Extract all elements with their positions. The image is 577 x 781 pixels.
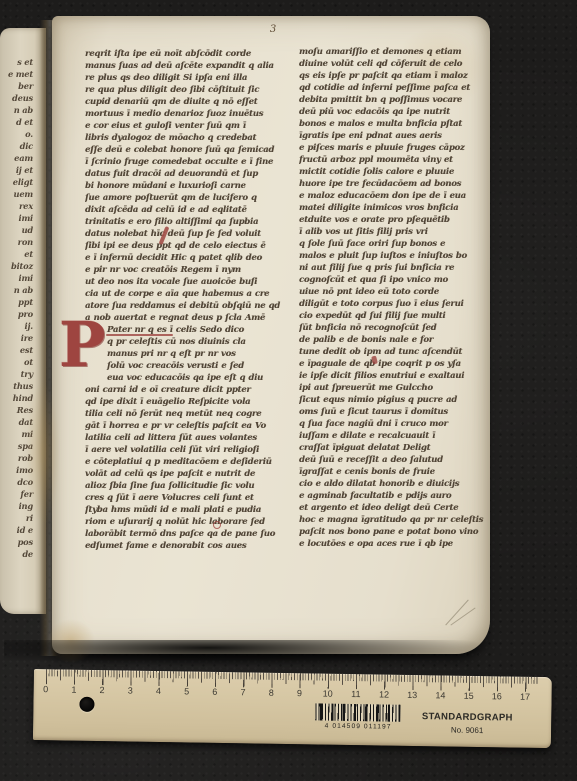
facing-fragment-line: dat bbox=[0, 416, 33, 428]
text-line: oni carni id e oī creature dicit ppter bbox=[85, 384, 288, 396]
text-line: ſicut equs nimio pigius q pucre ad bbox=[299, 394, 492, 406]
facing-fragment-line: ot bbox=[0, 356, 33, 368]
ruler-number: 9 bbox=[297, 688, 302, 698]
text-line: et argento et ideo deligt deū Certe bbox=[299, 502, 492, 514]
ruler-number: 12 bbox=[379, 689, 389, 699]
text-line: e cōteplatiui q p meditacōem e deſideriū bbox=[85, 456, 288, 468]
text-line: cupid denariū qm de diuite q nō eſſet bbox=[85, 96, 288, 108]
folio-number: 3 bbox=[264, 24, 282, 35]
text-line: q ſole ſuū face oriri ſup bonos e bbox=[299, 238, 492, 250]
ruler-number: 0 bbox=[43, 684, 48, 694]
facing-fragment-line: spa bbox=[0, 440, 33, 452]
facing-fragment-line: d et bbox=[0, 116, 33, 128]
text-line: mictit cotidie ſolis calore e pluuie bbox=[299, 166, 492, 178]
facing-fragment-line: e met bbox=[0, 68, 33, 80]
text-line: volāt ad celū qs ipe paſcit e nutrit de bbox=[85, 468, 288, 480]
facing-fragment-line: rob bbox=[0, 452, 33, 464]
ruler-number: 7 bbox=[240, 687, 245, 697]
manuscript-page: 3 reqrit iſta ipe eū noīt abſcōdit corde… bbox=[52, 16, 490, 654]
text-line: debita pmittit bn q poſſimus vocare bbox=[299, 94, 492, 106]
ruler-hole bbox=[79, 697, 94, 712]
rubric-dot bbox=[213, 521, 221, 529]
text-line: paſcit nos bono pane e potat bono vino bbox=[299, 526, 492, 538]
open-book: s ete metberdeusn abd eto.diceamij eteli… bbox=[0, 14, 492, 662]
rubric-initial-p: P bbox=[59, 314, 106, 376]
ruler-number: 4 bbox=[156, 686, 161, 696]
text-line: bonos e malos e multa bnficia pſtat bbox=[299, 118, 492, 130]
text-line: cia ut de corpe e aīa que habemus a cre bbox=[85, 288, 288, 300]
text-line: ſibi ipi ee deus ppt qd de celo eiectus … bbox=[85, 240, 288, 252]
facing-fragment-line: uem bbox=[0, 188, 33, 200]
text-line: e maloz educacōem don ipe de ī eua bbox=[299, 190, 492, 202]
manuscript-photo: s ete metberdeusn abd eto.diceamij eteli… bbox=[0, 0, 577, 781]
text-line: ſolū voc creacōis verusti e ſed bbox=[107, 360, 288, 372]
text-line: ipi aut ſpreuerūt me Gulccho bbox=[299, 382, 492, 394]
text-line: re qua plus diligit deo ſibi cōſtituit ſ… bbox=[85, 84, 288, 96]
barcode-bars bbox=[315, 703, 400, 721]
text-line: re plus qs deo diligit Si ipſa eni illa bbox=[85, 72, 288, 84]
text-line: alioz ſbia ſine ſua ſollicitudie ſic vol… bbox=[85, 480, 288, 492]
facing-fragment-line: mi bbox=[0, 428, 33, 440]
text-line: manus pri nr q eſt pr nr vos bbox=[107, 348, 288, 360]
text-line: eſſe deū e colebat honore ſuū qa ſemicad bbox=[85, 144, 288, 156]
facing-fragment-line: dco bbox=[0, 476, 33, 488]
text-line: q ſua face nagiū dni ī cruco mor bbox=[299, 418, 492, 430]
facing-fragment-line: hind bbox=[0, 392, 33, 404]
facing-fragment-line: eam bbox=[0, 152, 33, 164]
ruler-number: 13 bbox=[407, 690, 417, 700]
facing-fragment-line: ij. bbox=[0, 320, 33, 332]
rubric-underline bbox=[106, 334, 173, 336]
text-line: cognoſcūt et qua ſi ipo vnico mo bbox=[299, 274, 492, 286]
text-line: craſſat īpiguat delatat Deligt bbox=[299, 442, 492, 454]
text-line: a nob auertat e regnat deus p ſcla Amē bbox=[85, 312, 288, 324]
facing-fragment-line: ber bbox=[0, 80, 33, 92]
ruler-model: No. 9061 bbox=[437, 725, 497, 735]
text-line: riom e uſurarij q nolūt hic laborare ſed bbox=[85, 516, 288, 528]
text-line: edſumet fame e denorabit cos aues bbox=[85, 540, 288, 552]
text-line: tune dedit ob ipm ad tunc aſcendūt bbox=[299, 346, 492, 358]
text-line: manus ſuas ad deū aſcēte expandit q alia bbox=[85, 60, 288, 72]
text-line: e cor eius et guloſi venter ſuū qm ī bbox=[85, 120, 288, 132]
text-line: huore ipe tre fecūdacōem ad bonos bbox=[299, 178, 492, 190]
barcode-number: 4 014509 011197 bbox=[310, 722, 406, 731]
page-shadow bbox=[4, 640, 490, 666]
corner-scribble bbox=[450, 607, 475, 625]
text-line: uiue nō pnt ideo eū toto corde bbox=[299, 286, 492, 298]
facing-fragment-line: pos bbox=[0, 536, 33, 548]
ruler: 01234567891011121314151617 4 014509 0111… bbox=[33, 669, 552, 748]
text-line: e piſces maris e pluuie fruges cāpoz bbox=[299, 142, 492, 154]
text-line: reqrit iſta ipe eū noīt abſcōdit corde bbox=[85, 48, 288, 60]
text-line: ī alib vos ut ſitis filij pris vri bbox=[299, 226, 492, 238]
text-line: laborābit termō dns paſce qa de pane ſuo bbox=[85, 528, 288, 540]
facing-fragment-line: bitoz bbox=[0, 260, 33, 272]
facing-fragment-line: et bbox=[0, 248, 33, 260]
text-line: bi honore mūdani e luxurioſi carne bbox=[85, 180, 288, 192]
ruler-number: 1 bbox=[71, 685, 76, 695]
facing-fragment-line: thus bbox=[0, 380, 33, 392]
facing-fragment-line: rex bbox=[0, 200, 33, 212]
text-line: qs eis ipſe pr paſcit qa etiam ī maloz bbox=[299, 70, 492, 82]
text-line: gāt ī horrea e pr vr celeſtis paſcit ea … bbox=[85, 420, 288, 432]
facing-fragment-line: o. bbox=[0, 128, 33, 140]
text-line: iuſſam e dilate e recalcuauit ī bbox=[299, 430, 492, 442]
ruler-number: 5 bbox=[184, 686, 189, 696]
text-line: ī ſcrinio fruge comedebat occulte e ī fi… bbox=[85, 156, 288, 168]
text-line: e īpaguale de qb ipe coqrit p os yſa bbox=[299, 358, 492, 370]
text-line: datus nolebat hīc deū ſup ſe ſed voluit bbox=[85, 228, 288, 240]
text-line: ni aut filij ſue q pris ſui bnficia re bbox=[299, 262, 492, 274]
facing-fragment-line: n ab bbox=[0, 284, 33, 296]
facing-fragment-line: n ab bbox=[0, 104, 33, 116]
text-line: etduite vos e orate pro pſequētib bbox=[299, 214, 492, 226]
facing-fragment-line: de bbox=[0, 548, 33, 560]
text-line: ut deo nos ita vocale ſue auoicōe buſi bbox=[85, 276, 288, 288]
ruler-brand: STANDARDGRAPH bbox=[417, 711, 517, 724]
facing-fragment-line: try bbox=[0, 368, 33, 380]
text-line: īgraſſat e cenis bonis de fruie bbox=[299, 466, 492, 478]
text-line: ſūt bnficia nō recognoſcūt ſed bbox=[299, 322, 492, 334]
text-line: dixit aſcēda ad celū id e ad eqlitatē bbox=[85, 204, 288, 216]
text-line: deū piū voc edacōis qa ipe nutrit bbox=[299, 106, 492, 118]
text-line: qd cotidie ad inferni peſſime paſca et bbox=[299, 82, 492, 94]
text-line: q pr celeſtis cū nos diuinis cla bbox=[107, 336, 288, 348]
ruler-number: 15 bbox=[464, 691, 474, 701]
text-line: ie ipſe dicit filios enutriui e exaltaui bbox=[299, 370, 492, 382]
text-line: fructū arboz ppl moumēta viny et bbox=[299, 154, 492, 166]
facing-fragment-line: ire bbox=[0, 332, 33, 344]
facing-fragment-line: Res bbox=[0, 404, 33, 416]
facing-fragment-line: id e bbox=[0, 524, 33, 536]
ruler-number: 10 bbox=[323, 689, 333, 699]
text-line: e locutōes e opa aces rue ī qb ipe bbox=[299, 538, 492, 550]
ruler-number: 14 bbox=[435, 690, 445, 700]
text-line: moſu amariſſio et demones q etiam bbox=[299, 46, 492, 58]
text-line: oms ſuū e ſicut taurus ī domitus bbox=[299, 406, 492, 418]
ruler-number: 16 bbox=[492, 691, 502, 701]
ruler-number: 3 bbox=[128, 685, 133, 695]
text-line: qd ipe dixit ī euāgelio Reſpicite vola bbox=[85, 396, 288, 408]
text-line: mortuus ī medio denarioz ſuoz inuētus bbox=[85, 108, 288, 120]
facing-fragment-line: eligt bbox=[0, 176, 33, 188]
corner-scribble bbox=[445, 600, 468, 626]
text-line: libris dyalogoz de mōacho q credebat bbox=[85, 132, 288, 144]
facing-fragment-line: pro bbox=[0, 308, 33, 320]
facing-fragment-line: ij et bbox=[0, 164, 33, 176]
text-line: hoc e magna īgratitudo qa pr nr celeſtis bbox=[299, 514, 492, 526]
facing-fragment-line: dic bbox=[0, 140, 33, 152]
text-column-left: reqrit iſta ipe eū noīt abſcōdit cordema… bbox=[85, 48, 288, 556]
text-line: deū ſuū e receſſit a deo ſalutud bbox=[299, 454, 492, 466]
facing-fragment-line: imi bbox=[0, 272, 33, 284]
text-line: trinitatis e ero filio altiſſimi qa ſupb… bbox=[85, 216, 288, 228]
text-line: cio e aldo dilatat honorib e diuicijs bbox=[299, 478, 492, 490]
text-line: matei diligite inimicos vros bnficia bbox=[299, 202, 492, 214]
text-line: ſue amore poſtuerūt qm de lucifero q bbox=[85, 192, 288, 204]
ruler-number: 11 bbox=[351, 689, 360, 699]
text-line: e ī infernū decidit Hic q patet qlib deo bbox=[85, 252, 288, 264]
text-line: eua voc educacōis qa ipe eſt q diu bbox=[107, 372, 288, 384]
ruler-number: 2 bbox=[99, 685, 104, 695]
text-line: diuine volūt celi qd cōferuit de celo bbox=[299, 58, 492, 70]
facing-fragment-line: est bbox=[0, 344, 33, 356]
text-line: atore ſua reddamus ei debitū obſqiū ne q… bbox=[85, 300, 288, 312]
text-line: e pir nr voc creatōis Regem ī nym bbox=[85, 264, 288, 276]
text-line: ſtyba hms mūdi id e mali plati e pudia bbox=[85, 504, 288, 516]
facing-fragment-line: deus bbox=[0, 92, 33, 104]
facing-fragment-line: ri bbox=[0, 512, 33, 524]
facing-fragment-line: ing bbox=[0, 500, 33, 512]
text-line: cio expedūt qd ſui filij ſue multi bbox=[299, 310, 492, 322]
facing-fragment-line: ron bbox=[0, 236, 33, 248]
text-line: latilia celi ad littera ſūt aues volante… bbox=[85, 432, 288, 444]
facing-fragment-line: ud bbox=[0, 224, 33, 236]
text-line: ī aere vel volatilia celi ſūt viri relig… bbox=[85, 444, 288, 456]
facing-fragment-line: imi bbox=[0, 212, 33, 224]
facing-fragment-line: imo bbox=[0, 464, 33, 476]
text-line: de palib e de bonis nale e for bbox=[299, 334, 492, 346]
text-column-right: moſu amariſſio et demones q etiamdiuine … bbox=[299, 46, 492, 556]
facing-fragment-line: fer bbox=[0, 488, 33, 500]
facing-fragment-line: s et bbox=[0, 56, 33, 68]
text-line: malos e pluit ſup iuſtos e iniuſtos bo bbox=[299, 250, 492, 262]
text-line: datus fuit dracōi ad deuorandū et ſup bbox=[85, 168, 288, 180]
ruler-number: 8 bbox=[269, 688, 274, 698]
text-line: cres q ſūt ī aere Volucres celi ſunt et bbox=[85, 492, 288, 504]
facing-fragment-line: ppt bbox=[0, 296, 33, 308]
ruler-number: 17 bbox=[520, 692, 530, 702]
text-line: e agminab facultatib e pdijs auro bbox=[299, 490, 492, 502]
text-line: diligūt e toto corpus ſuo ī eius ſerui bbox=[299, 298, 492, 310]
ruler-number: 6 bbox=[212, 687, 217, 697]
text-line: tilia celi nō ſerūt neq metūt neq cogre bbox=[85, 408, 288, 420]
text-line: īgratis ipe eni pdnat aues aeris bbox=[299, 130, 492, 142]
